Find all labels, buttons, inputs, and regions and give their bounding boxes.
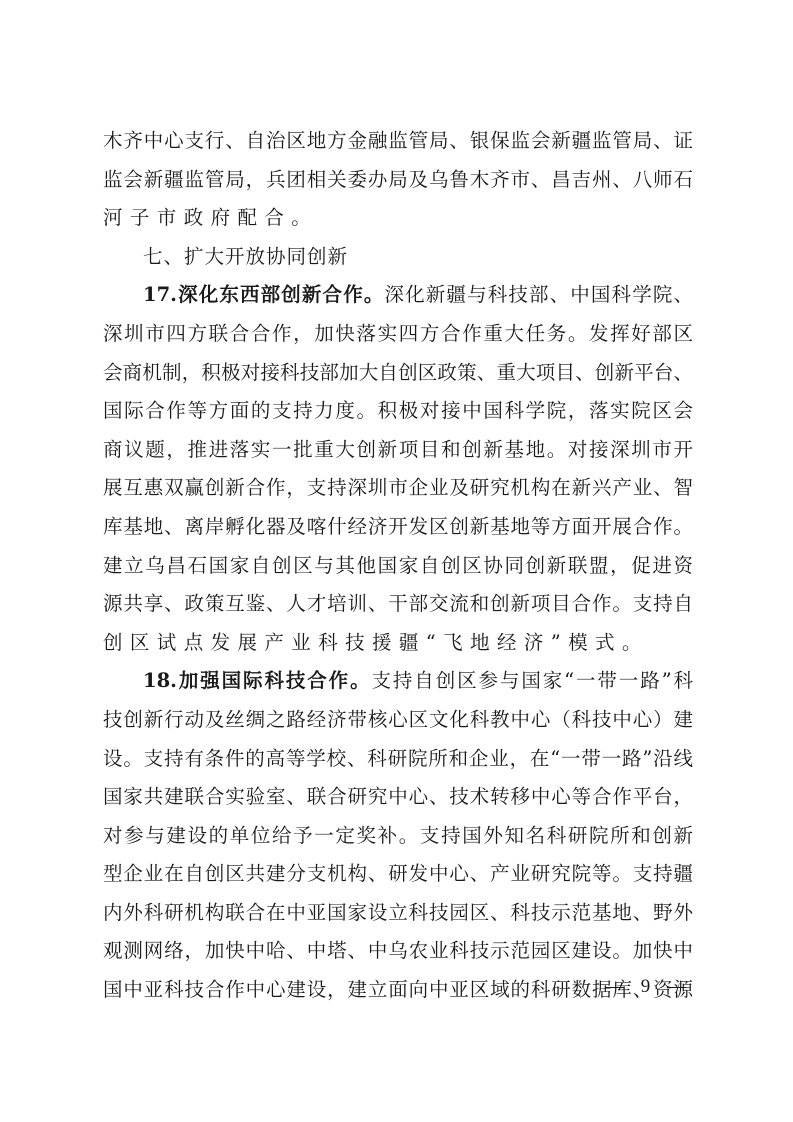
paragraph-line: 深圳市四方联合合作，加快落实四方合作重大任务。发挥好部区 bbox=[103, 315, 693, 354]
paragraph-line: 建立乌昌石国家自创区与其他国家自创区协同创新联盟，促进资 bbox=[103, 547, 693, 586]
paragraph-line: 对参与建设的单位给予一定奖补。支持国外知名科研院所和创新 bbox=[103, 817, 693, 856]
paragraph-line: 国家共建联合实验室、联合研究中心、技术转移中心等合作平台， bbox=[103, 778, 693, 817]
paragraph-line: 展互惠双赢创新合作，支持深圳市企业及研究机构在新兴产业、智 bbox=[103, 469, 693, 508]
page-number: — 9 — bbox=[605, 976, 692, 998]
document-page: 木齐中心支行、自治区地方金融监管局、银保监会新疆监管局、证 监会新疆监管局，兵团… bbox=[103, 122, 693, 1010]
paragraph-line: 内外科研机构联合在中亚国家设立科技园区、科技示范基地、野外 bbox=[103, 894, 693, 933]
paragraph-line: 监会新疆监管局，兵团相关委办局及乌鲁木齐市、昌吉州、八师石 bbox=[103, 161, 693, 200]
paragraph-line: 观测网络，加快中哈、中塔、中乌农业科技示范园区建设。加快中 bbox=[103, 932, 693, 971]
paragraph-line: 设。支持有条件的高等学校、科研院所和企业，在“一带一路”沿线 bbox=[103, 740, 693, 779]
paragraph-line: 会商机制，积极对接科技部加大自创区政策、重大项目、创新平台、 bbox=[103, 354, 693, 393]
section-heading: 七、扩大开放协同创新 bbox=[103, 238, 693, 277]
paragraph-line: 技创新行动及丝绸之路经济带核心区文化科教中心（科技中心）建 bbox=[103, 701, 693, 740]
item-17-title: 17.深化东西部创新合作。 bbox=[143, 283, 385, 306]
paragraph-line: 型企业在自创区共建分支机构、研发中心、产业研究院等。支持疆 bbox=[103, 855, 693, 894]
paragraph-line: 国际合作等方面的支持力度。积极对接中国科学院，落实院区会 bbox=[103, 392, 693, 431]
item-18-first-line-text: 支持自创区参与国家“一带一路”科 bbox=[371, 669, 693, 692]
paragraph-line: 创区试点发展产业科技援疆“飞地经济”模式。 bbox=[103, 624, 693, 663]
paragraph-line: 库基地、离岸孵化器及喀什经济开发区创新基地等方面开展合作。 bbox=[103, 508, 693, 547]
paragraph-line: 木齐中心支行、自治区地方金融监管局、银保监会新疆监管局、证 bbox=[103, 122, 693, 161]
item-18-title: 18.加强国际科技合作。 bbox=[143, 669, 371, 692]
paragraph-line: 商议题，推进落实一批重大创新项目和创新基地。对接深圳市开 bbox=[103, 431, 693, 470]
item-17-first-line-text: 深化新疆与科技部、中国科学院、 bbox=[385, 283, 694, 306]
paragraph-line: 河子市政府配合。 bbox=[103, 199, 693, 238]
item-18-first-line: 18.加强国际科技合作。支持自创区参与国家“一带一路”科 bbox=[103, 662, 693, 701]
paragraph-line: 源共享、政策互鉴、人才培训、干部交流和创新项目合作。支持自 bbox=[103, 585, 693, 624]
item-17-first-line: 17.深化东西部创新合作。深化新疆与科技部、中国科学院、 bbox=[103, 276, 693, 315]
